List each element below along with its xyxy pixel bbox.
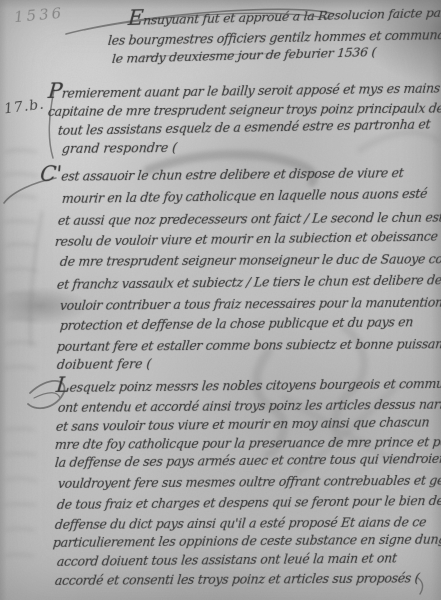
folio-annotation: 17.b. — [3, 97, 45, 118]
manuscript-line: capitaine de mre tresprudent seigneur tr… — [47, 100, 441, 119]
manuscript-line: vouldroyent fere sus mesmes oultre offra… — [57, 472, 441, 491]
manuscript-line: accordé et consenti les troys poinz et a… — [54, 570, 420, 588]
heading-line: le mardy deuxiesme jour de feburier 1536… — [111, 44, 376, 66]
manuscript-line: doibuent fere ( — [56, 356, 152, 372]
manuscript-line: la deffense de ses pays armés auec et co… — [54, 451, 441, 470]
manuscript-line: resolu de vouloir viure et mourir en la … — [54, 229, 438, 249]
manuscript-line: C'est assauoir le chun estre delibere et… — [39, 165, 404, 184]
heading-line: les bourgmestres officiers gentilz homme… — [107, 26, 441, 48]
manuscript-line: ont entendu et accordé ainsi troys poinz… — [57, 397, 441, 415]
manuscript-line: Lesquelz poinz messrs les nobles citoyen… — [55, 376, 441, 395]
manuscript-line: et franchz vassaulx et subiectz / Le tie… — [56, 272, 441, 292]
manuscript-line: et sans vouloir tous viure et mourir en … — [55, 414, 430, 434]
manuscript-line: vouloir contribuer a tous fraiz necessai… — [59, 295, 441, 313]
manuscript-line: particulierement les oppinions de ceste … — [52, 531, 441, 550]
manuscript-line: de mre tresprudent seigneur monseigneur … — [59, 251, 441, 269]
manuscript-line: protection et deffense de la chose publi… — [59, 314, 414, 333]
manuscript-line: grand respondre ( — [61, 140, 178, 156]
manuscript-line: mre dte foy catholicque pour la preserua… — [54, 434, 441, 452]
manuscript-line: et aussi que noz predecesseurs ont faict… — [57, 210, 441, 228]
manuscript-line: de tous fraiz et charges et despens qui … — [56, 493, 441, 512]
manuscript-line: tout les assistans esquelz de a esmendé … — [57, 117, 431, 138]
manuscript-line: mourir en la dte foy catholicque en laqu… — [61, 186, 428, 206]
manuscript-page: 1536 17.b. Ensuyuant fut et approué a la… — [0, 0, 441, 600]
manuscript-line: accord doiuent tous les assistans ont le… — [56, 550, 397, 569]
manuscript-line: deffense du dict pays ainsi qu'il a esté… — [54, 514, 427, 532]
manuscript-line: Premierement auant par le bailly seroit … — [47, 80, 441, 101]
year-annotation: 1536 — [13, 4, 65, 26]
heading-line: Ensuyuant fut et approué a la Resolucion… — [127, 3, 441, 28]
manuscript-line: pourtant fere et estaller comme bons sub… — [56, 336, 441, 354]
